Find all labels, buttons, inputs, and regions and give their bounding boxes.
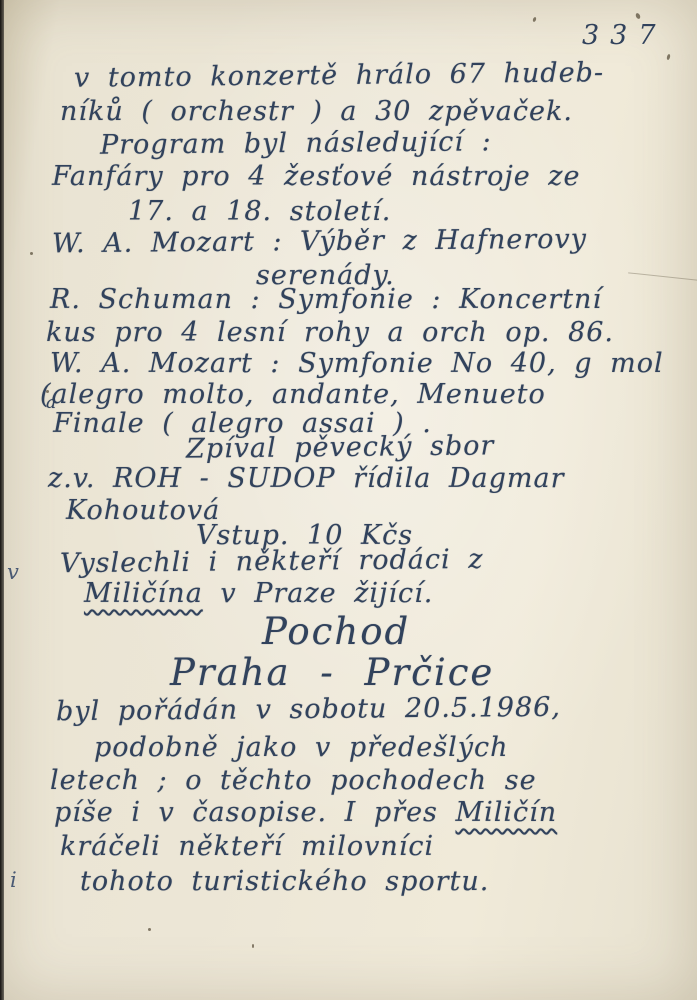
paper-speck: [666, 54, 670, 61]
margin-mark: v: [7, 560, 19, 584]
handwritten-line: R. Schuman : Symfonie : Koncertní: [50, 284, 602, 315]
handwritten-line: níků ( orchestr ) a 30 zpěvaček.: [60, 96, 573, 127]
handwritten-line: W. A. Mozart : Výběr z Hafnerovy: [52, 224, 587, 260]
handwritten-line: tohoto turistického sportu.: [80, 866, 489, 897]
handwritten-line: kráčeli někteří milovníci: [60, 831, 434, 862]
handwritten-line: v tomto konzertě hrálo 67 hudeb-: [74, 57, 604, 94]
margin-mark: i: [10, 868, 17, 892]
paper-speck: [252, 944, 254, 948]
handwritten-line: Miličína v Praze žijící.: [84, 578, 433, 609]
handwritten-line: kus pro 4 lesní rohy a orch op. 86.: [46, 317, 614, 348]
handwritten-line: z.v. ROH - SUDOP řídila Dagmar: [48, 463, 565, 494]
scan-edge: [0, 0, 4, 1000]
paper-speck: [148, 928, 151, 931]
underlined-place-name: Miličína: [84, 578, 203, 609]
paper-speck: [635, 12, 641, 19]
paper-crease: [628, 272, 697, 280]
paper-speck: [46, 390, 49, 393]
scanned-chronicle-page: 337 v tomto konzertě hrálo 67 hudeb- ník…: [0, 0, 697, 1000]
paper-speck: [532, 17, 537, 23]
handwritten-line: byl pořádán v sobotu 20.5.1986,: [56, 692, 561, 727]
handwritten-line: Zpíval pěvecký sbor: [186, 430, 495, 464]
handwritten-line: Fanfáry pro 4 žesťové nástroje ze: [52, 161, 580, 192]
page-number: 337: [582, 20, 667, 51]
underlined-place-name: Miličín: [456, 797, 558, 828]
handwritten-line: 17. a 18. století.: [128, 196, 391, 227]
line-text: píše i v časopise. I přes: [54, 797, 456, 828]
line-text: v Praze žijící.: [203, 578, 434, 609]
handwritten-line: W. A. Mozart : Symfonie No 40, g mol: [50, 348, 664, 379]
paper-speck: [30, 252, 33, 255]
handwritten-line: Vyslechli i někteří rodáci z: [60, 544, 484, 579]
section-heading: Praha - Prčice: [170, 651, 494, 694]
handwritten-line: píše i v časopise. I přes Miličín: [54, 797, 557, 828]
handwritten-line: Program byl následující :: [100, 126, 492, 160]
section-heading: Pochod: [262, 610, 410, 653]
handwritten-line: letech ; o těchto pochodech se: [50, 765, 537, 796]
insertion-mark: a: [46, 393, 57, 413]
handwritten-line: podobně jako v předešlých: [94, 732, 509, 763]
handwritten-line: (alegro molto, andante, Menueto: [40, 379, 546, 410]
